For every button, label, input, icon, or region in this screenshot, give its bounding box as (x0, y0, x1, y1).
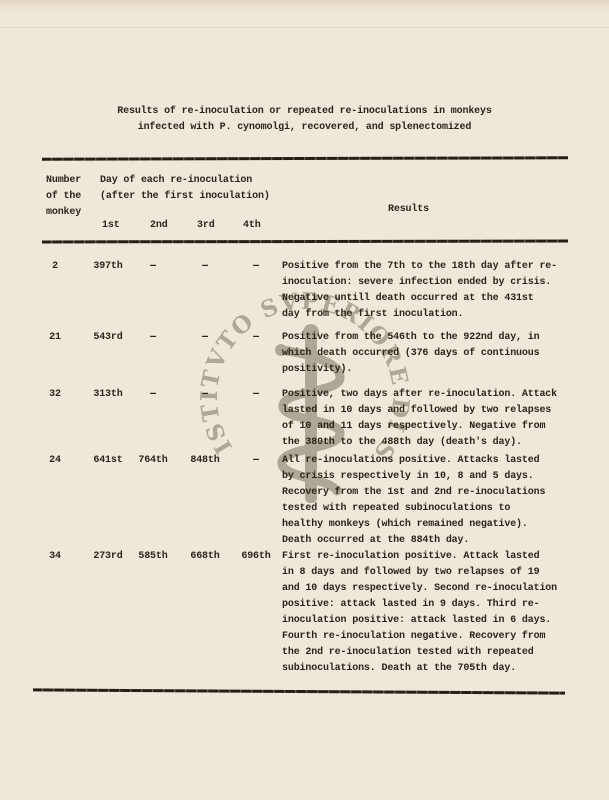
table-rule-bottom (33, 688, 565, 694)
document-title: Results of re-inoculation or repeated re… (0, 104, 609, 136)
reinoculation-day-3-cell: - (185, 387, 225, 403)
results-cell: Positive from the 546th to the 922nd day… (282, 330, 574, 378)
reinoculation-day-3-cell: 848th (185, 453, 225, 469)
reinoculation-day-2-cell: 585th (133, 549, 173, 565)
table-rule-top (42, 156, 568, 160)
reinoculation-day-1-cell: 273rd (88, 549, 128, 565)
reinoculation-day-3-cell: - (185, 330, 225, 346)
reinoculation-day-4-cell: - (236, 387, 276, 403)
paper-crease (0, 27, 609, 28)
monkey-number-cell: 2 (42, 259, 68, 275)
results-cell: First re-inoculation positive. Attack la… (282, 549, 574, 677)
reinoculation-day-2-cell: 764th (133, 453, 173, 469)
header-day-of-each-reinoculation: Day of each re-inoculation (after the fi… (100, 173, 270, 205)
monkey-number-cell: 34 (42, 549, 68, 565)
header-number-of-the-monkey: Number of the monkey (46, 173, 81, 221)
monkey-number-cell: 24 (42, 453, 68, 469)
reinoculation-day-4-cell: - (236, 259, 276, 275)
header-subcol-3rd: 3rd (197, 218, 215, 234)
reinoculation-day-2-cell: - (133, 259, 173, 275)
reinoculation-day-4-cell: - (236, 330, 276, 346)
reinoculation-day-2-cell: - (133, 387, 173, 403)
reinoculation-day-3-cell: 668th (185, 549, 225, 565)
results-cell: Positive, two days after re-inoculation.… (282, 387, 574, 451)
reinoculation-day-4-cell: 696th (236, 549, 276, 565)
reinoculation-day-1-cell: 397th (88, 259, 128, 275)
reinoculation-day-2-cell: - (133, 330, 173, 346)
header-days-line1: Day of each re-inoculation (100, 175, 252, 186)
title-line-2: infected with P. cynomolgi, recovered, a… (0, 120, 609, 136)
reinoculation-day-4-cell: - (236, 453, 276, 469)
document-page: ISTITVTO SVPERIORE DI SANITÀ Results of … (0, 0, 609, 800)
header-subcol-2nd: 2nd (150, 218, 168, 234)
reinoculation-day-1-cell: 641st (88, 453, 128, 469)
results-cell: Positive from the 7th to the 18th day af… (282, 259, 574, 323)
title-line-1: Results of re-inoculation or repeated re… (0, 104, 609, 120)
reinoculation-day-1-cell: 543rd (88, 330, 128, 346)
monkey-number-cell: 32 (42, 387, 68, 403)
header-subcol-4th: 4th (243, 218, 261, 234)
header-results: Results (388, 202, 429, 218)
monkey-number-cell: 21 (42, 330, 68, 346)
header-days-line2: (after the first inoculation) (100, 191, 270, 202)
header-subcol-1st: 1st (102, 218, 120, 234)
results-cell: All re-inoculations positive. Attacks la… (282, 453, 574, 549)
reinoculation-day-3-cell: - (185, 259, 225, 275)
table-rule-header-bottom (42, 240, 568, 244)
reinoculation-day-1-cell: 313th (88, 387, 128, 403)
